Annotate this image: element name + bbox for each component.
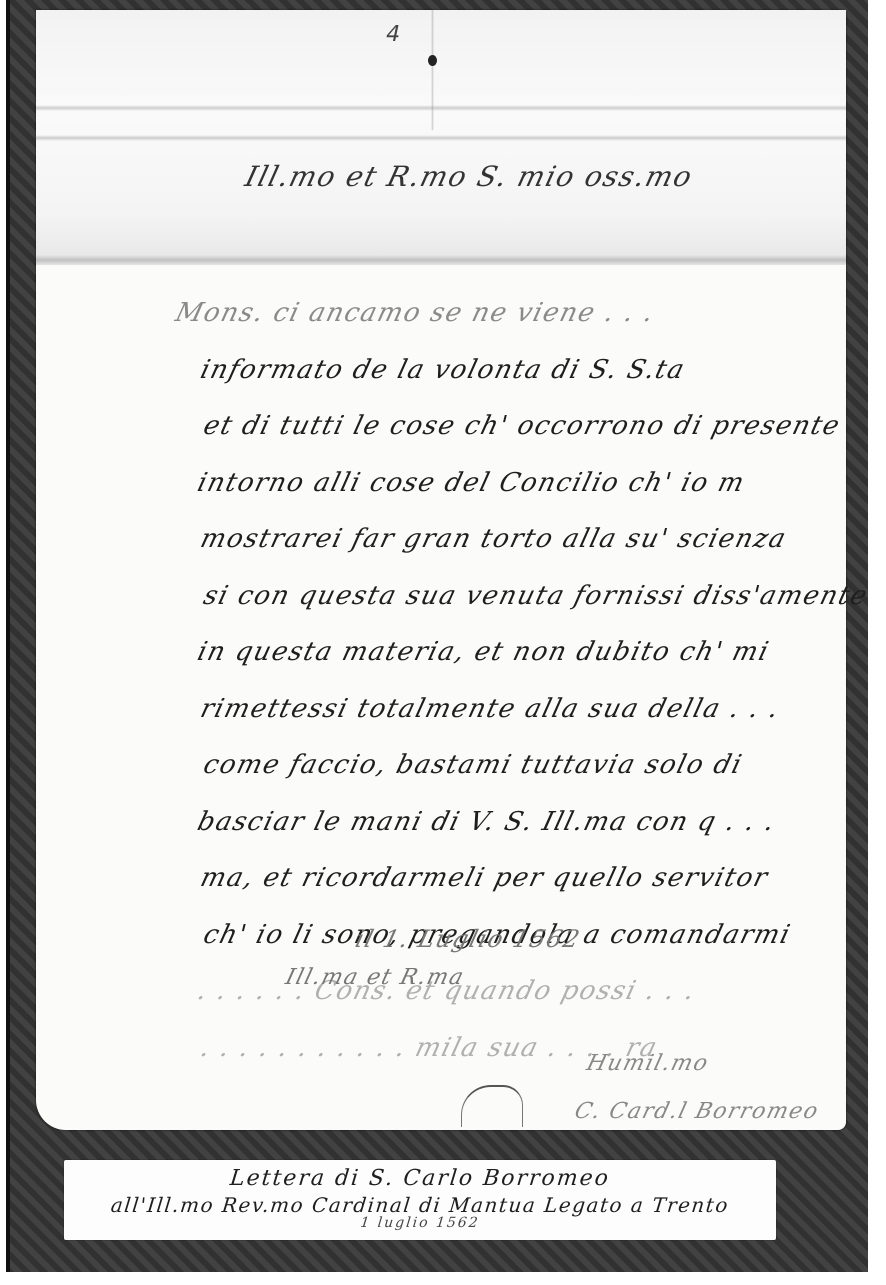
- letter-sheet: 4 Ill.mo et R.mo S. mio oss.mo Mons. ci …: [36, 10, 846, 1130]
- letter-line: informato de la volonta di S. S.ta: [129, 342, 843, 399]
- letter-line: si con questa sua venuta fornissi diss'a…: [129, 568, 843, 625]
- caption-title: Lettera di S. Carlo Borromeo: [63, 1166, 778, 1191]
- signature-name: C. Card.l Borromeo: [569, 1088, 824, 1136]
- closing-formula: Ill.ma et R.ma: [283, 965, 467, 990]
- letter-line: Mons. ci ancamo se ne viene . . .: [129, 285, 843, 342]
- letter-line: in questa materia, et non dubito ch' mi: [129, 624, 843, 681]
- photo-margin: [0, 1272, 886, 1285]
- letter-body: Mons. ci ancamo se ne viene . . .informa…: [136, 285, 836, 1076]
- letter-line: ma, et ricordarmeli per quello servitor: [129, 850, 843, 907]
- fold-crease: [36, 135, 846, 141]
- letter-line: basciar le mani di V. S. Ill.ma con q . …: [129, 794, 843, 851]
- paper-tear: [461, 1085, 523, 1127]
- letter-line: intorno alli cose del Concilio ch' io m: [129, 455, 843, 512]
- signature-block: Humil.mo C. Card.l Borromeo: [569, 1040, 836, 1136]
- fold-crease: [36, 255, 846, 265]
- caption-recipient: all'Ill.mo Rev.mo Cardinal di Mantua Leg…: [63, 1193, 778, 1217]
- letter-line: mostrarei far gran torto alla su' scienz…: [129, 511, 843, 568]
- ink-blot: [428, 55, 437, 66]
- letter-line: et di tutti le cose ch' occorrono di pre…: [129, 398, 843, 455]
- fold-crease: [36, 105, 846, 111]
- signature-humble: Humil.mo: [581, 1040, 836, 1088]
- vertical-fold-crease: [431, 10, 434, 130]
- date-line: il 1. Luglio 1562: [353, 925, 584, 953]
- salutation: Ill.mo et R.mo S. mio oss.mo: [242, 160, 697, 193]
- letter-line: come faccio, bastami tuttavia solo di: [129, 737, 843, 794]
- letter-line: . . . . . . Cons. et quando possi . . .: [129, 963, 843, 1020]
- letter-line: rimettessi totalmente alla sua della . .…: [129, 681, 843, 738]
- caption-date: 1 luglio 1562: [63, 1215, 777, 1231]
- caption-label: Lettera di S. Carlo Borromeo all'Ill.mo …: [64, 1160, 776, 1240]
